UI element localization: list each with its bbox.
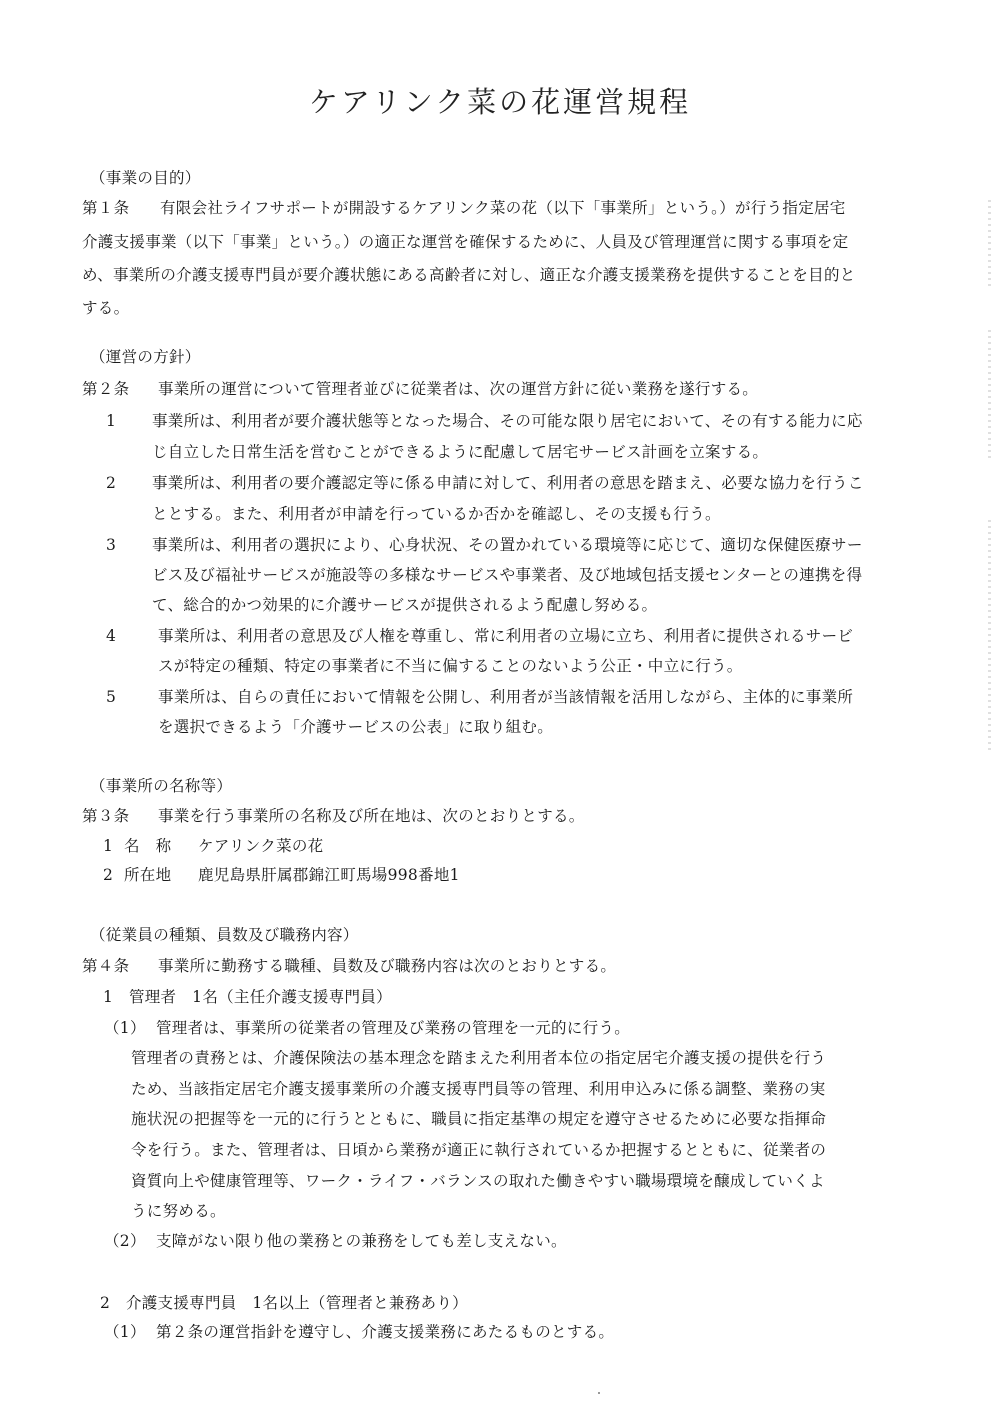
art1-label: 第１条 bbox=[82, 197, 129, 219]
art3-item-1-num: 1 bbox=[103, 835, 113, 857]
art1-line-3: め、事業所の介護支援専門員が要介護状態にある高齢者に対し、適正な介護支援業務を提… bbox=[82, 264, 856, 286]
art2-item-3-line-2: ビス及び福祉サービスが施設等の多様なサービスや事業者、及び地域包括支援センターと… bbox=[152, 564, 862, 586]
art2-intro: 事業所の運営について管理者並びに従業者は、次の運営方針に従い業務を遂行する。 bbox=[158, 378, 758, 400]
art2-item-4-line-2: スが特定の種類、特定の事業者に不当に偏することのないよう公正・中立に行う。 bbox=[158, 655, 743, 677]
art2-item-1-line-1: 事業所は、利用者が要介護状態等となった場合、その可能な限り居宅において、その有す… bbox=[152, 410, 863, 432]
art2-item-3-line-1: 事業所は、利用者の選択により、心身状況、その置かれている環境等に応じて、適切な保… bbox=[152, 534, 863, 556]
scan-artifact bbox=[988, 200, 991, 290]
art1-line-4: する。 bbox=[82, 297, 129, 319]
art4-label: 第４条 bbox=[82, 955, 129, 977]
document-title: ケアリンク菜の花運営規程 bbox=[0, 80, 1000, 121]
art1-line-2: 介護支援事業（以下「事業」という。）の適正な運営を確保するために、人員及び管理運… bbox=[82, 231, 848, 253]
art3-item-2-key: 所在地 bbox=[124, 864, 171, 886]
art4-sub1-detail-4: 令を行う。また、管理者は、日頃から業務が適正に執行されているか把握するとともに、… bbox=[131, 1139, 826, 1161]
art4-sub1-detail-1: 管理者の責務とは、介護保険法の基本理念を踏まえた利用者本位の指定居宅介護支援の提… bbox=[131, 1047, 826, 1069]
art3-label: 第３条 bbox=[82, 805, 129, 827]
art2-heading: （運営の方針） bbox=[90, 346, 201, 368]
art3-intro: 事業を行う事業所の名称及び所在地は、次のとおりとする。 bbox=[158, 805, 585, 827]
art2-item-4-num: 4 bbox=[106, 625, 116, 647]
art1-heading: （事業の目的） bbox=[90, 167, 201, 189]
art4-intro: 事業所に勤務する職種、員数及び職務内容は次のとおりとする。 bbox=[158, 955, 616, 977]
art3-item-1-value: ケアリンク菜の花 bbox=[198, 835, 323, 857]
art2-item-1-num: 1 bbox=[106, 410, 116, 432]
art2-item-2-num: 2 bbox=[106, 472, 116, 494]
document-page: ケアリンク菜の花運営規程 （事業の目的） 第１条 有限会社ライフサポートが開設す… bbox=[0, 0, 1000, 1414]
art4-sub1-detail-3: 施状況の把握等を一元的に行うとともに、職員に指定基準の規定を遵守させるために必要… bbox=[131, 1108, 826, 1130]
art4-sub2-title: 2 介護支援専門員 1名以上（管理者と兼務あり） bbox=[100, 1292, 468, 1314]
art4-sub1-p1-label: （1） bbox=[104, 1017, 146, 1039]
art4-sub1-detail-5: 資質向上や健康管理等、ワーク・ライフ・バランスの取れた働きやすい職場環境を醸成し… bbox=[131, 1170, 825, 1192]
art3-item-2-value: 鹿児島県肝属郡錦江町馬場998番地1 bbox=[198, 864, 460, 886]
scan-artifact bbox=[988, 330, 991, 460]
art4-sub1-detail-2: ため、当該指定居宅介護支援事業所の介護支援専門員等の管理、利用申込みに係る調整、… bbox=[131, 1078, 826, 1100]
art2-item-3-line-3: て、総合的かつ効果的に介護サービスが提供されるよう配慮し努める。 bbox=[152, 594, 657, 616]
scan-artifact bbox=[988, 520, 991, 750]
art4-sub2-p1-label: （1） bbox=[104, 1321, 146, 1343]
art2-item-1-line-2: じ自立した日常生活を営むことができるように配慮して居宅サービス計画を立案する。 bbox=[152, 441, 768, 463]
art2-item-4-line-1: 事業所は、利用者の意思及び人権を尊重し、常に利用者の立場に立ち、利用者に提供され… bbox=[158, 625, 853, 647]
scan-dot bbox=[598, 1392, 600, 1394]
art2-item-3-num: 3 bbox=[106, 534, 116, 556]
art1-line-1: 有限会社ライフサポートが開設するケアリンク菜の花（以下「事業所」という。）が行う… bbox=[160, 197, 846, 219]
art4-heading: （従業員の種類、員数及び職務内容） bbox=[90, 924, 359, 946]
art4-sub1-title: 1 管理者 1名（主任介護支援専門員） bbox=[103, 986, 392, 1008]
art2-label: 第２条 bbox=[82, 378, 129, 400]
art2-item-2-line-2: ととする。また、利用者が申請を行っているか否かを確認し、その支援も行う。 bbox=[152, 503, 721, 525]
art3-item-2-num: 2 bbox=[103, 864, 113, 886]
art4-sub1-p1-text: 管理者は、事業所の従業者の管理及び業務の管理を一元的に行う。 bbox=[156, 1017, 630, 1039]
art4-sub1-p2-text: 支障がない限り他の業務との兼務をしても差し支えない。 bbox=[156, 1230, 567, 1252]
art2-item-5-line-1: 事業所は、自らの責任において情報を公開し、利用者が当該情報を活用しながら、主体的… bbox=[158, 686, 853, 708]
art3-heading: （事業所の名称等） bbox=[90, 775, 232, 797]
art4-sub1-p2-label: （2） bbox=[104, 1230, 146, 1252]
art4-sub2-p1-text: 第２条の運営指針を遵守し、介護支援業務にあたるものとする。 bbox=[156, 1321, 614, 1343]
art4-sub1-detail-6: うに努める。 bbox=[131, 1200, 226, 1222]
art3-item-1-key: 名 称 bbox=[124, 835, 171, 857]
art2-item-5-num: 5 bbox=[106, 686, 116, 708]
art2-item-5-line-2: を選択できるよう「介護サービスの公表」に取り組む。 bbox=[158, 716, 553, 738]
art2-item-2-line-1: 事業所は、利用者の要介護認定等に係る申請に対して、利用者の意思を踏まえ、必要な協… bbox=[152, 472, 864, 494]
